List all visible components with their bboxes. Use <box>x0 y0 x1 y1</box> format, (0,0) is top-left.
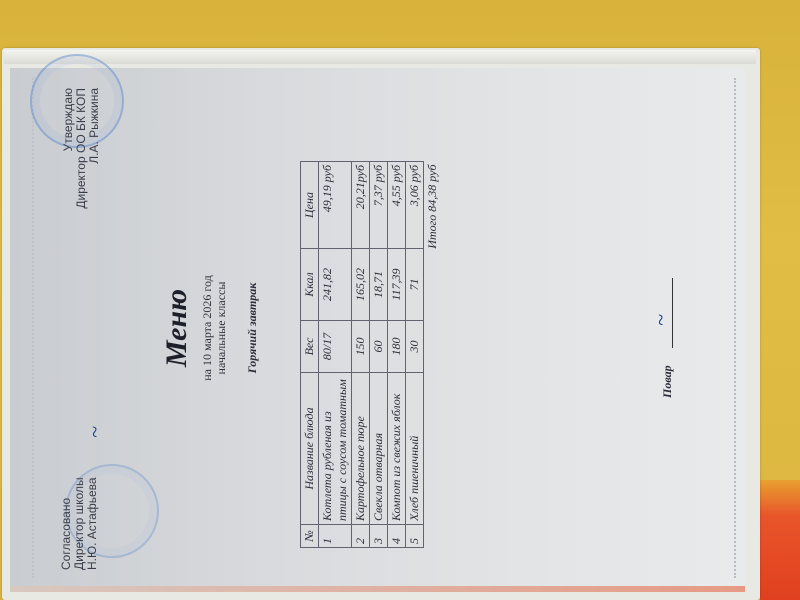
sleeve-top-strip <box>4 50 756 64</box>
menu-page: Согласовано Директор школы Н.Ю. Астафьев… <box>10 68 745 588</box>
cell-kcal: 71 <box>406 249 424 321</box>
cell-name: Картофельное пюре <box>352 373 370 525</box>
page-title: Меню <box>160 68 194 588</box>
table-header: № Название блюда Вес Ккал Цена <box>301 162 319 548</box>
cell-no: 1 <box>319 525 352 548</box>
table-row: 1 Котлета рубленая из птицы с соусом том… <box>319 162 352 548</box>
cell-kcal: 241,82 <box>319 249 352 321</box>
date-line: на 10 марта 2026 год <box>200 68 215 588</box>
cell-price: 20,21руб <box>352 162 370 249</box>
cell-no: 5 <box>406 525 424 548</box>
group-line: начальные классы <box>214 68 229 588</box>
cell-weight: 180 <box>388 321 406 373</box>
table-row: 2 Картофельное пюре 150 165,02 20,21руб <box>352 162 370 548</box>
header-weight: Вес <box>301 321 319 373</box>
approval-right: Утверждаю Директор ОО БК КОП Л.А. Рыжкин… <box>62 88 101 288</box>
signature-left: ~ <box>82 426 108 438</box>
signature-cook: ~ <box>648 314 674 326</box>
cell-name: Котлета рубленая из птицы с соусом томат… <box>319 373 352 525</box>
cell-price: 4,55 руб <box>388 162 406 249</box>
cook-signature-line <box>672 278 673 348</box>
header-price: Цена <box>301 162 319 249</box>
cell-kcal: 165,02 <box>352 249 370 321</box>
cell-price: 7,37 руб <box>370 162 388 249</box>
cell-price: 3,06 руб <box>406 162 424 249</box>
cell-no: 3 <box>370 525 388 548</box>
cell-name: Компот из свежих яблок <box>388 373 406 525</box>
cell-weight: 30 <box>406 321 424 373</box>
table-row: 3 Свекла отварная 60 18,71 7,37 руб <box>370 162 388 548</box>
menu-table: № Название блюда Вес Ккал Цена 1 Котлета… <box>300 161 441 548</box>
table-row: 4 Компот из свежих яблок 180 117,39 4,55… <box>388 162 406 548</box>
total-value: Итого 84,38 руб <box>424 162 442 548</box>
approval-left-name: Н.Ю. Астафьева <box>86 477 99 570</box>
cell-kcal: 117,39 <box>388 249 406 321</box>
cell-price: 49,19 руб <box>319 162 352 249</box>
header-name: Название блюда <box>301 373 319 525</box>
cell-weight: 150 <box>352 321 370 373</box>
cell-name: Хлеб пшеничный <box>406 373 424 525</box>
cell-no: 2 <box>352 525 370 548</box>
cell-name: Свекла отварная <box>370 373 388 525</box>
approval-right-name: Л.А. Рыжкина <box>88 88 101 288</box>
cook-label: Повар <box>660 365 675 398</box>
approval-left: Согласовано Директор школы Н.Ю. Астафьев… <box>60 477 99 570</box>
table-row: 5 Хлеб пшеничный 30 71 3,06 руб <box>406 162 424 548</box>
section-title: Горячий завтрак <box>245 68 260 588</box>
cell-no: 4 <box>388 525 406 548</box>
cell-weight: 80/17 <box>319 321 352 373</box>
orange-object <box>760 480 800 600</box>
header-kcal: Ккал <box>301 249 319 321</box>
total-row: Итого 84,38 руб <box>424 162 442 548</box>
header-no: № <box>301 525 319 548</box>
cell-weight: 60 <box>370 321 388 373</box>
cell-kcal: 18,71 <box>370 249 388 321</box>
